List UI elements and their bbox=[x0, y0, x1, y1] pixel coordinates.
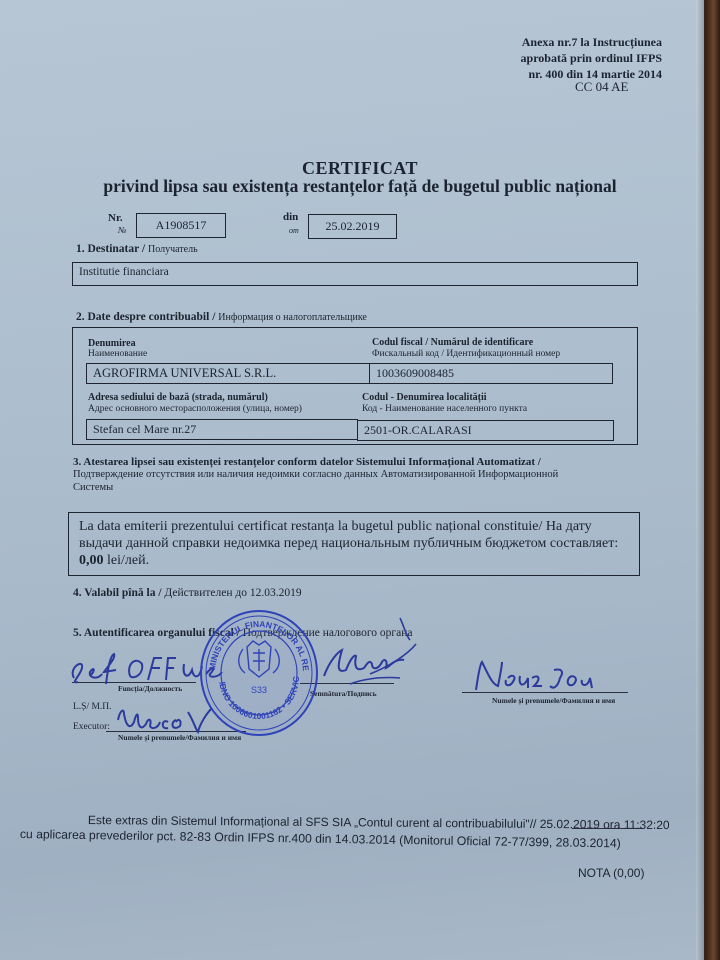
annex-reference: Anexa nr.7 la Instrucțiunea aprobată pri… bbox=[402, 34, 662, 82]
certificate-number-field: A1908517 bbox=[136, 213, 226, 238]
section-3-title-ru: Подтверждение отсутствия или наличия нед… bbox=[73, 469, 558, 480]
address-value: Stefan cel Mare nr.27 bbox=[87, 420, 357, 440]
certificate-date-field: 25.02.2019 bbox=[308, 214, 397, 239]
section-3-title-ru-cont: Системы bbox=[73, 482, 113, 493]
number-label-ru: № bbox=[118, 225, 127, 235]
annex-line: Anexa nr.7 la Instrucțiunea bbox=[402, 34, 662, 50]
section-1-title: 1. Destinatar / Получатель bbox=[76, 243, 198, 255]
handwritten-name bbox=[470, 656, 610, 696]
official-stamp: MINISTERUL FINANȚELOR AL REPUBLICII MOLD… bbox=[197, 607, 321, 739]
paper-edge-shadow bbox=[696, 0, 706, 960]
fiscal-code-label: Codul fiscal / Numărul de identificare bbox=[372, 337, 533, 348]
section-2-title-ro: 2. Date despre contribuabil / bbox=[76, 311, 215, 323]
locality-label-ru: Код - Наименование населенного пункта bbox=[362, 404, 527, 414]
arrears-statement: La data emiterii prezentului certificat … bbox=[69, 513, 639, 574]
section-1-title-ru: Получатель bbox=[148, 244, 198, 255]
section-2-title: 2. Date despre contribuabil / Информация… bbox=[76, 311, 367, 323]
address-label-ru: Адрес основного месторасположения (улица… bbox=[88, 404, 302, 414]
form-code: CC 04 AE bbox=[575, 79, 628, 95]
fiscal-code-field: 1003609008485 bbox=[369, 363, 613, 384]
certificate-number: A1908517 bbox=[137, 214, 225, 236]
executor-label: Executor: bbox=[73, 722, 110, 732]
name-caption: Numele și prenumele/Фамилия и имя bbox=[492, 696, 615, 705]
address-field: Stefan cel Mare nr.27 bbox=[86, 419, 358, 440]
statement-line: La data emiterii prezentului certificat … bbox=[79, 518, 629, 535]
taxpayer-name: AGROFIRMA UNIVERSAL S.R.L. bbox=[87, 364, 369, 384]
annex-line: aprobată prin ordinul IFPS bbox=[402, 50, 662, 66]
footer-signature-line bbox=[572, 828, 642, 829]
recipient-value: Institutie financiara bbox=[73, 263, 637, 281]
date-label: din bbox=[283, 211, 298, 223]
section-4-title-ro: 4. Valabil pînă la / bbox=[73, 587, 162, 599]
recipient-field: Institutie financiara bbox=[72, 262, 638, 286]
section-4-title-ru: Действителен до bbox=[164, 587, 247, 599]
locality-label: Codul - Denumirea localității bbox=[362, 392, 487, 403]
fiscal-code-label-ru: Фискальный код / Идентификационный номер bbox=[372, 349, 560, 359]
date-label-ru: от bbox=[289, 226, 299, 235]
section-4-title: 4. Valabil pînă la / Действителен до 12.… bbox=[73, 587, 302, 599]
certificate-date: 25.02.2019 bbox=[309, 215, 396, 237]
name-label: Denumirea bbox=[88, 338, 136, 349]
section-3-title-ro: 3. Atestarea lipsei sau existenței resta… bbox=[73, 456, 541, 468]
fiscal-code: 1003609008485 bbox=[370, 364, 612, 384]
name-label-ru: Наименование bbox=[88, 349, 147, 359]
valid-until-date: 12.03.2019 bbox=[250, 587, 302, 599]
section-1-title-ro: 1. Destinatar / bbox=[76, 243, 145, 255]
locality-value: 2501-OR.CALARASI bbox=[358, 421, 613, 441]
address-label: Adresa sediului de bază (strada, numărul… bbox=[88, 392, 268, 403]
taxpayer-name-field: AGROFIRMA UNIVERSAL S.R.L. bbox=[86, 363, 370, 384]
seal-place-label: L.Ș/ М.П. bbox=[73, 702, 112, 712]
section-2-title-ru: Информация о налогоплательщике bbox=[218, 312, 367, 323]
certificate-subtitle: privind lipsa sau existența restanțelor … bbox=[0, 176, 720, 197]
certificate-paper: Anexa nr.7 la Instrucțiunea aprobată pri… bbox=[0, 0, 704, 960]
locality-field: 2501-OR.CALARASI bbox=[357, 420, 614, 441]
statement-line: выдачи данной справки недоимка перед нац… bbox=[79, 535, 629, 552]
footer-nota: NOTA (0,00) bbox=[578, 866, 644, 880]
number-label: Nr. bbox=[108, 212, 123, 224]
stamp-center-code: S33 bbox=[251, 685, 267, 695]
section-3-title: 3. Atestarea lipsei sau existenței resta… bbox=[73, 456, 541, 468]
arrears-statement-box: La data emiterii prezentului certificat … bbox=[68, 512, 640, 576]
pen-stroke bbox=[360, 616, 420, 676]
arrears-currency: lei/лей. bbox=[107, 553, 149, 568]
arrears-amount: 0,00 bbox=[79, 553, 104, 568]
